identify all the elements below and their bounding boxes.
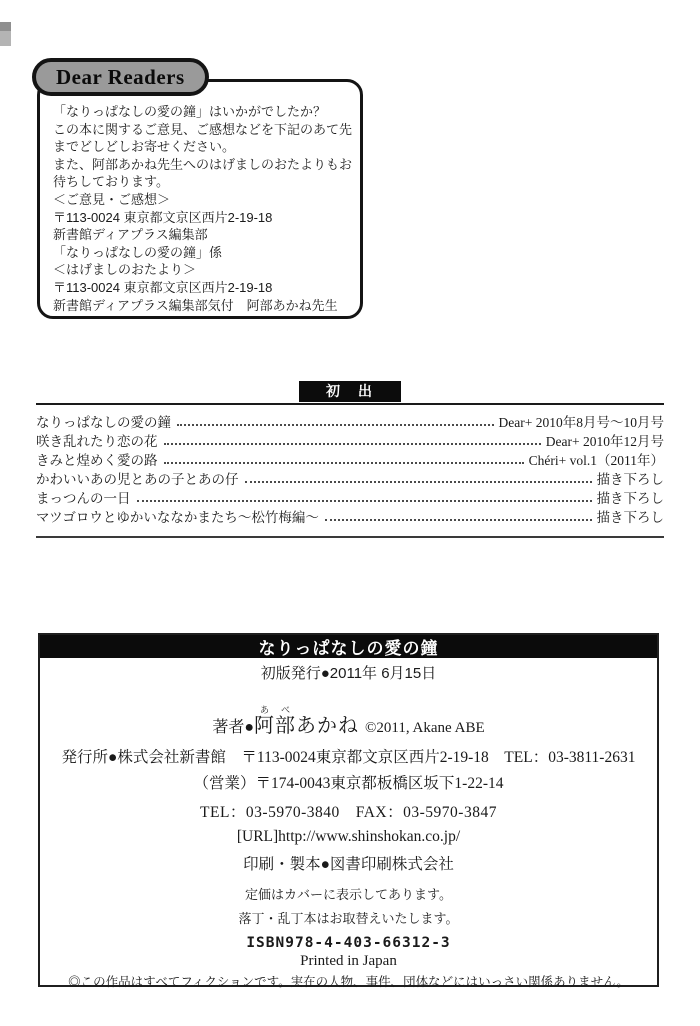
publication-row: マツゴロウとゆかいななかまたち～松竹梅編～ 描き下ろし <box>36 507 664 526</box>
dear-readers-line: 「なりっぱなしの愛の鐘」はいかがでしたか？ <box>53 103 349 121</box>
dear-readers-label: Dear Readers <box>32 58 209 96</box>
work-title: まっつんの一日 <box>36 487 131 507</box>
dot-leader <box>325 519 592 521</box>
dear-readers-line: までどしどしお寄せください。 <box>53 138 349 156</box>
tel-fax-line: TEL：03-5970-3840 FAX：03-5970-3847 <box>200 800 497 822</box>
copyright-notice: ©2011, Akane ABE <box>365 720 485 737</box>
rule-bottom <box>36 536 664 538</box>
first-publication-header: 初 出 <box>299 381 401 402</box>
author-given-name: あかね <box>296 715 359 737</box>
dear-readers-line: 「なりっぱなしの愛の鐘」係 <box>53 244 349 262</box>
work-title: かわいいあの児とあの子とあの仔 <box>36 468 239 488</box>
author-name: 阿あ部べあかね <box>254 705 359 738</box>
dear-readers-line: また、阿部あかね先生へのはげましのおたよりもお <box>53 156 349 174</box>
dot-leader <box>137 500 592 502</box>
work-source: Dear+ 2010年8月号～10月号 <box>499 411 664 431</box>
work-source: Chéri+ vol.1（2011年） <box>529 449 664 469</box>
author-line: 著者● 阿あ部べあかね ©2011, Akane ABE <box>212 705 484 738</box>
work-title: 咲き乱れたり恋の花 <box>36 430 158 450</box>
publication-row: まっつんの一日 描き下ろし <box>36 488 664 507</box>
author-surname-ruby: 阿あ部べ <box>254 715 296 737</box>
dear-readers-line: 新書館ディアプラス編集部 <box>53 226 349 244</box>
dear-readers-line: ＜ご意見・ご感想＞ <box>53 191 349 209</box>
dear-readers-box: 「なりっぱなしの愛の鐘」はいかがでしたか？ この本に関するご意見、ご感想などを下… <box>37 79 363 319</box>
publication-row: かわいいあの児とあの子とあの仔 描き下ろし <box>36 469 664 488</box>
price-note: 定価はカバーに表示してあります。 <box>245 884 452 903</box>
publication-row: 咲き乱れたり恋の花 Dear+ 2010年12月号 <box>36 431 664 450</box>
publication-row: きみと煌めく愛の路 Chéri+ vol.1（2011年） <box>36 450 664 469</box>
fiction-disclaimer: ◎この作品はすべてフィクションです。実在の人物、事件、団体などにはいっさい関係あ… <box>68 972 629 990</box>
dot-leader <box>245 481 592 483</box>
printed-in-japan: Printed in Japan <box>300 953 397 970</box>
work-source: 描き下ろし <box>597 506 665 526</box>
work-source: 描き下ろし <box>597 487 665 507</box>
defect-note: 落丁・乱丁本はお取替えいたします。 <box>239 908 459 927</box>
sales-office-line: （営業）〒174-0043東京都板橋区坂下1-22-14 <box>194 771 504 793</box>
publisher-url: [URL]http://www.shinshokan.co.jp/ <box>237 828 460 846</box>
isbn: ISBN978-4-403-66312-3 <box>246 935 450 951</box>
dear-readers-line: ＜はげましのおたより＞ <box>53 261 349 279</box>
work-title: なりっぱなしの愛の鐘 <box>36 411 171 431</box>
dear-readers-line: 待ちしております。 <box>53 173 349 191</box>
work-source: Dear+ 2010年12月号 <box>546 430 664 450</box>
printing-company-line: 印刷・製本●図書印刷株式会社 <box>243 852 454 874</box>
author-label: 著者● <box>212 714 254 737</box>
dear-readers-line: 〒113-0024 東京都文京区西片2-19-18 <box>53 279 349 297</box>
publisher-line: 発行所●株式会社新書館 〒113-0024東京都文京区西片2-19-18 TEL… <box>62 745 636 767</box>
dot-leader <box>177 424 494 426</box>
dear-readers-line: 新書館ディアプラス編集部気付 阿部あかね先生 <box>53 297 349 315</box>
dear-readers-line: 〒113-0024 東京都文京区西片2-19-18 <box>53 209 349 227</box>
publication-row: なりっぱなしの愛の鐘 Dear+ 2010年8月号～10月号 <box>36 412 664 431</box>
first-publication-section: 初 出 なりっぱなしの愛の鐘 Dear+ 2010年8月号～10月号 咲き乱れた… <box>36 381 664 538</box>
work-title: きみと煌めく愛の路 <box>36 449 158 469</box>
dot-leader <box>164 443 541 445</box>
colophon-box: なりっぱなしの愛の鐘 初版発行●2011年 6月15日 著者● 阿あ部べあかね … <box>38 633 659 987</box>
work-title: マツゴロウとゆかいななかまたち～松竹梅編～ <box>36 506 319 526</box>
dear-readers-line: この本に関するご意見、ご感想などを下記のあて先 <box>53 121 349 139</box>
dot-leader <box>164 462 524 464</box>
first-edition-date: 初版発行●2011年 6月15日 <box>261 662 437 683</box>
first-publication-list: なりっぱなしの愛の鐘 Dear+ 2010年8月号～10月号 咲き乱れたり恋の花… <box>36 412 664 526</box>
rule-top <box>36 403 664 405</box>
book-title-bar: なりっぱなしの愛の鐘 <box>40 635 657 658</box>
work-source: 描き下ろし <box>597 468 665 488</box>
scan-artifact-dark <box>0 22 11 31</box>
